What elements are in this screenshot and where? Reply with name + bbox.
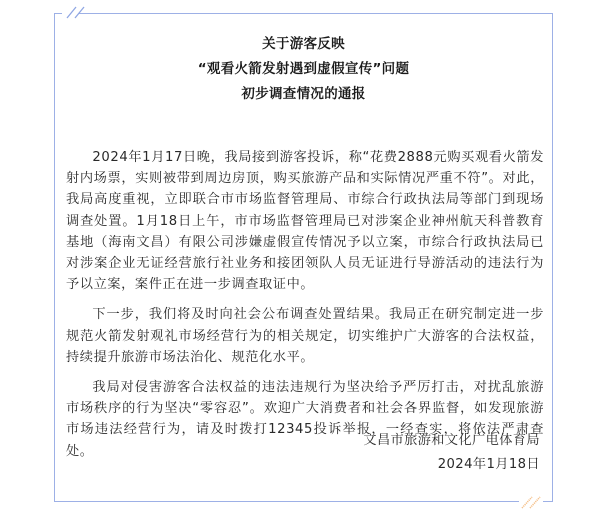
double-slash-decoration-icon <box>520 494 544 510</box>
paragraph-incident: 2024年1月17日晚，我局接到游客投诉，称“花费2888元购买观看火箭发射内场… <box>66 147 544 295</box>
issue-date: 2024年1月18日 <box>363 453 540 477</box>
notice-body: 2024年1月17日晚，我局接到游客投诉，称“花费2888元购买观看火箭发射内场… <box>66 147 544 471</box>
title-line-1: 关于游客反映 <box>54 32 553 57</box>
title-line-2: “观看火箭发射遇到虚假宣传”问题 <box>54 57 553 82</box>
issuing-organization: 文昌市旅游和文化广电体育局 <box>363 429 540 453</box>
notice-title: 关于游客反映 “观看火箭发射遇到虚假宣传”问题 初步调查情况的通报 <box>54 32 553 107</box>
signature-block: 文昌市旅游和文化广电体育局 2024年1月18日 <box>363 429 540 477</box>
double-slash-decoration-icon <box>64 5 90 19</box>
paragraph-next-steps: 下一步，我们将及时向社会公布调查处置结果。我局正在研究制定进一步规范火箭发射观礼… <box>66 304 544 368</box>
title-line-3: 初步调查情况的通报 <box>54 82 553 107</box>
